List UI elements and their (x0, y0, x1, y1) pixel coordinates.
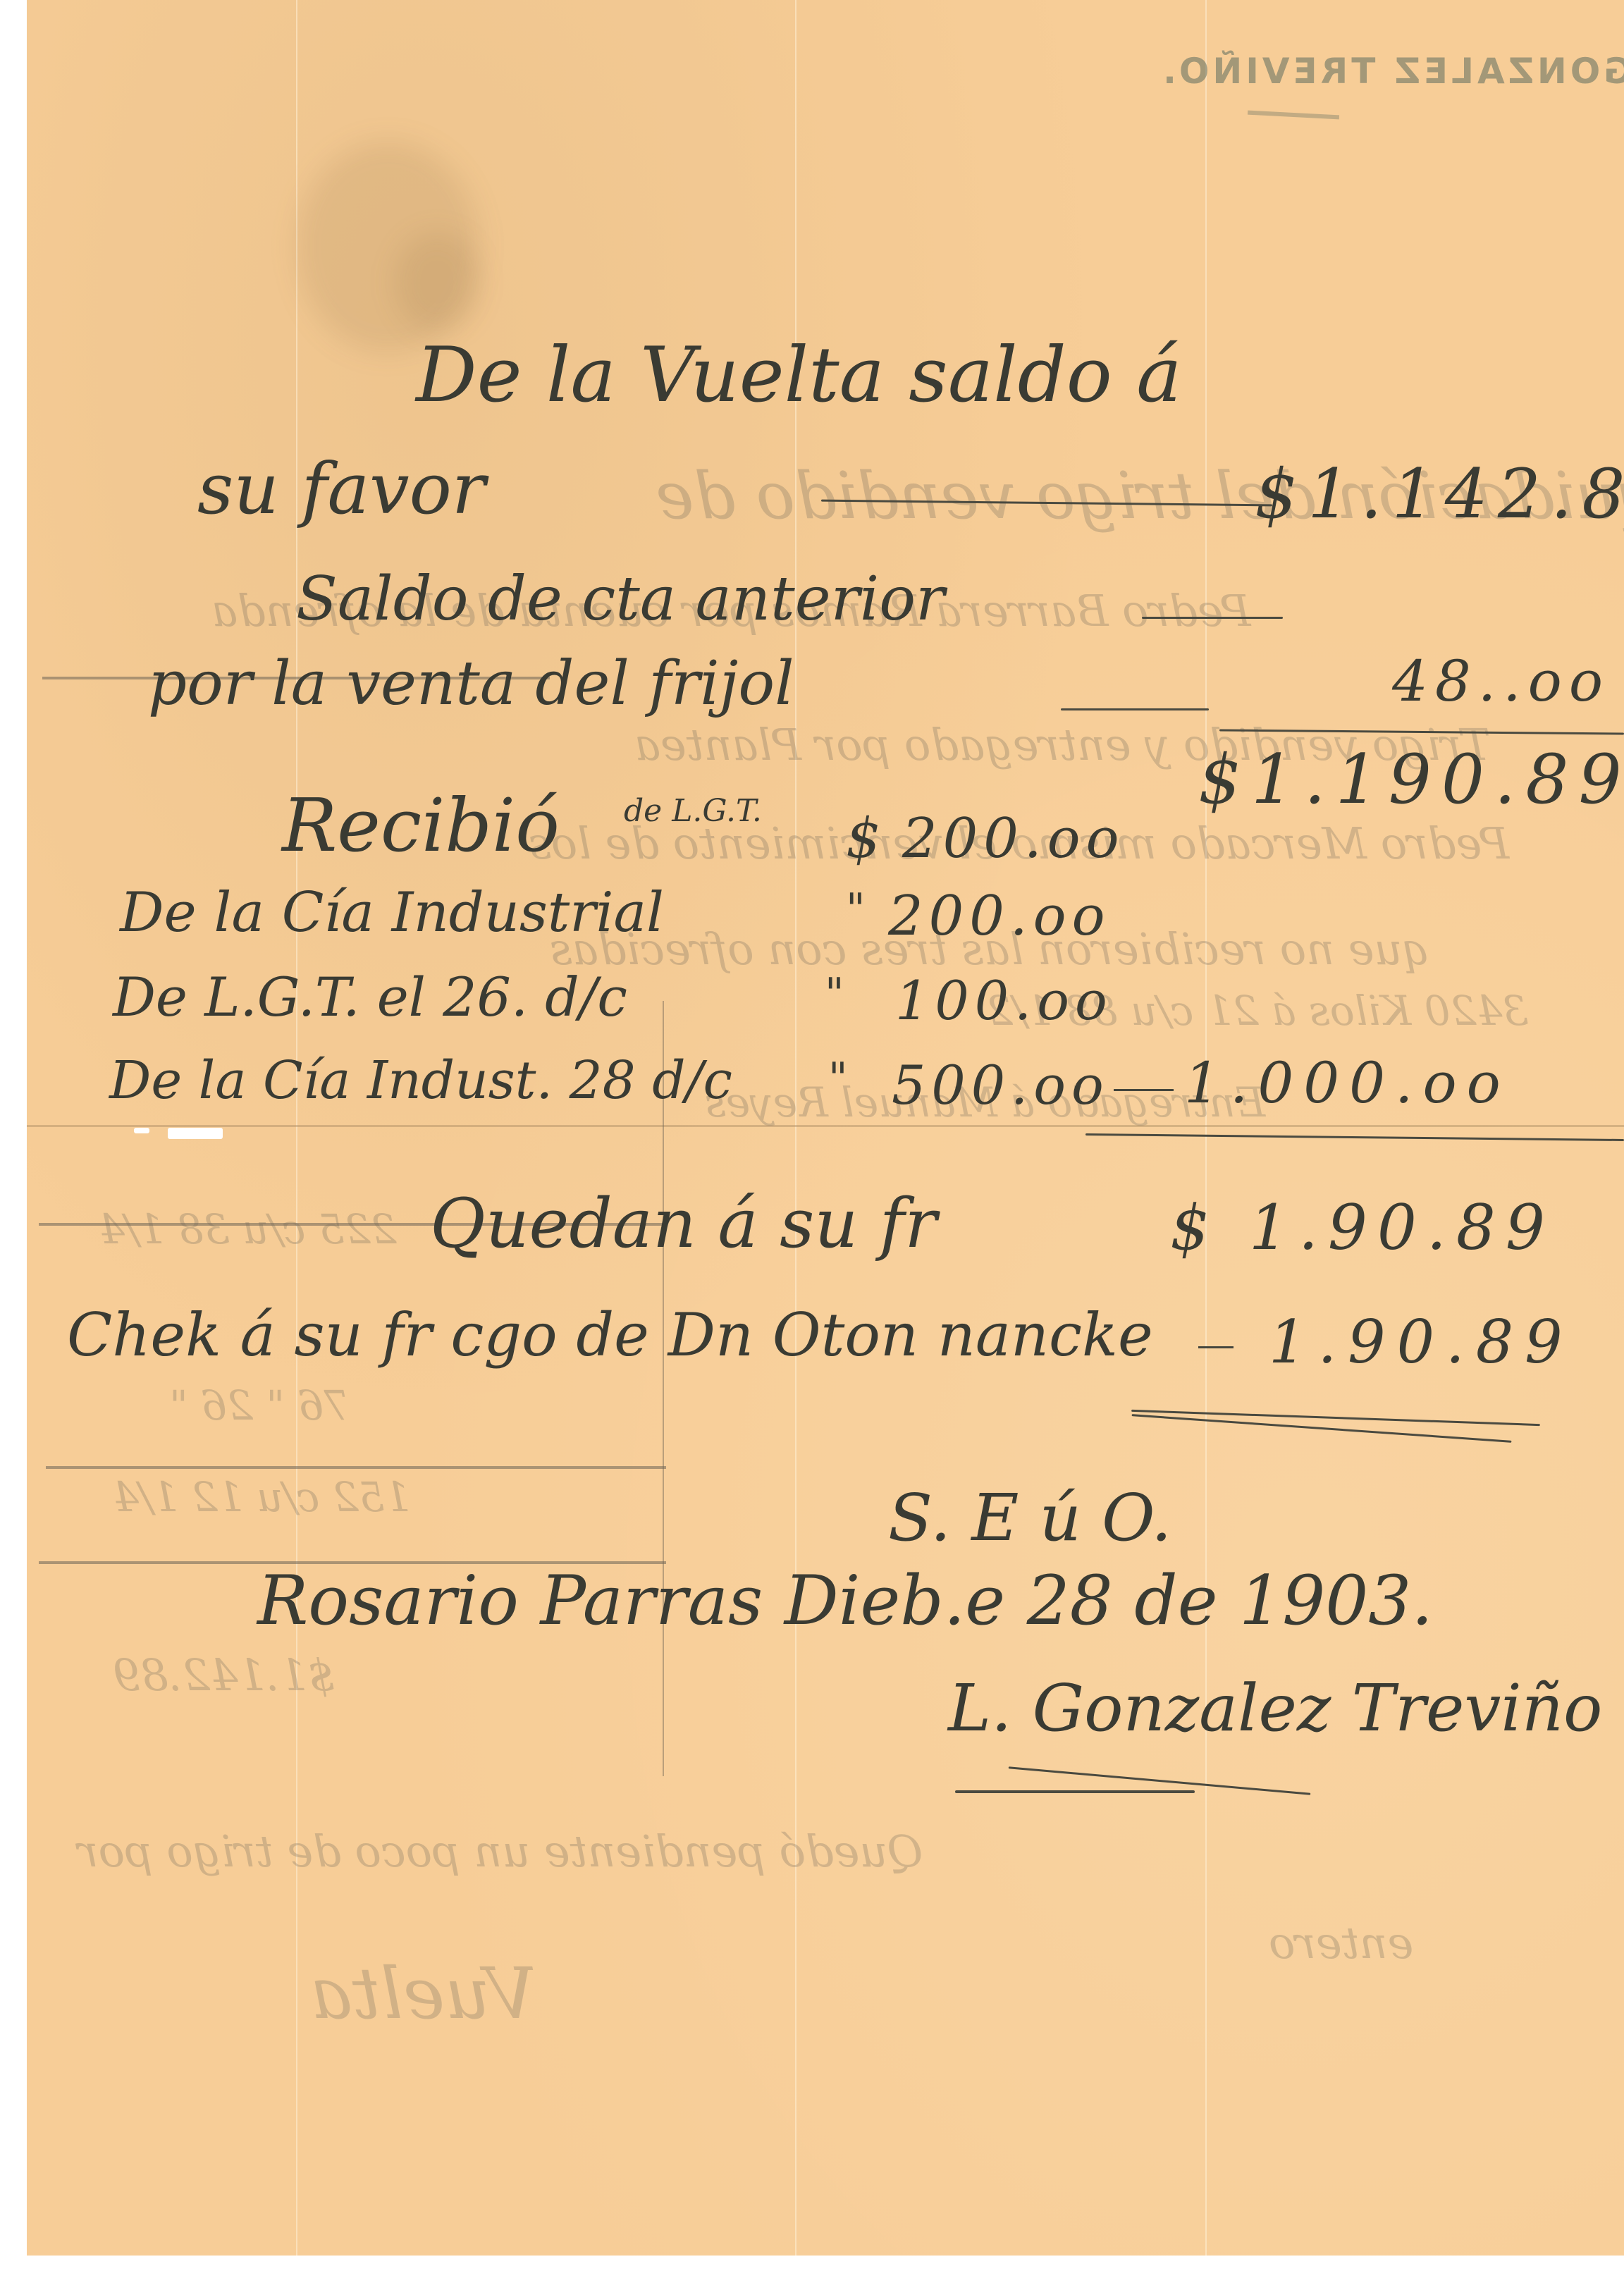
receipt-separator: " (825, 969, 844, 1019)
bleed-line: 76 " 26 " (169, 1382, 350, 1429)
signature: L. Gonzalez Treviño (948, 1670, 1602, 1746)
receipt-label: De L.G.T. el 26. d/c (113, 966, 627, 1028)
signature-flourish (955, 1790, 1195, 1793)
bleed-line: Quedó pendiente un poco de trigo por (78, 1826, 923, 1877)
bleed-line: $1.142.89 (113, 1649, 336, 1701)
leader-line (1061, 708, 1209, 710)
paper-tear (168, 1128, 223, 1139)
receipt-amount: 100.oo (895, 969, 1113, 1032)
receipts-title: Recibió (282, 782, 560, 868)
stain (395, 233, 479, 331)
leader-line (1198, 1346, 1234, 1348)
balance-label: Quedan á su fr (430, 1184, 937, 1263)
check-amount: 1.90.89 (1269, 1307, 1574, 1377)
receipt-amount: 500.oo (892, 1054, 1109, 1116)
heading-line1: De la Vuelta saldo á (416, 331, 1182, 419)
receipt-amount: 200.oo (902, 807, 1125, 870)
receipt-separator: $ (846, 807, 881, 870)
receipt-separator: " (846, 885, 866, 934)
receipt-separator: " (828, 1054, 848, 1103)
leader-line (1142, 617, 1283, 619)
vertical-fold (1205, 0, 1207, 2256)
bleed-line: entero (1269, 1917, 1413, 1969)
opening-balance-amount: $1.142.89 (1255, 455, 1624, 534)
letterhead: ORENZO GONZALEZ TREVIÑO. (1159, 51, 1624, 92)
ledger-column-line (663, 1001, 664, 1776)
entry-amount: 48..oo (1392, 648, 1610, 714)
ledger-rule (46, 1466, 666, 1469)
place-and-date: Rosario Parras Dieb.e 28 de 1903. (257, 1561, 1433, 1640)
closing-abbreviation: S. E ú O. (888, 1480, 1171, 1556)
bleed-line: 225 c/u 38 1/4 (99, 1205, 397, 1253)
check-label: Chek á su fr cgo de Dn Oton nancke (67, 1300, 1153, 1370)
balance-amount: $ 1.90.89 (1170, 1191, 1555, 1264)
entry-label: por la venta del frijol (148, 648, 794, 719)
leader-line (1114, 1089, 1174, 1091)
receipts-total: 1.000.oo (1184, 1050, 1511, 1116)
heading-line2: su favor (197, 448, 486, 530)
paper-tear (134, 1128, 149, 1133)
vertical-fold (296, 0, 297, 2256)
receipt-label: de L.G.T. (624, 793, 762, 829)
receipt-label: De la Cía Indust. 28 d/c (109, 1050, 732, 1111)
subtotal-amount: $1.190.89 (1198, 740, 1624, 819)
bleed-line: Vuelta (310, 1952, 536, 2035)
receipt-label: De la Cía Industrial (120, 881, 664, 944)
entry-label: Saldo de cta anterior (296, 564, 945, 634)
bleed-line: 152 c/u 12 1/4 (113, 1473, 411, 1521)
receipt-amount: 200.oo (888, 885, 1111, 948)
